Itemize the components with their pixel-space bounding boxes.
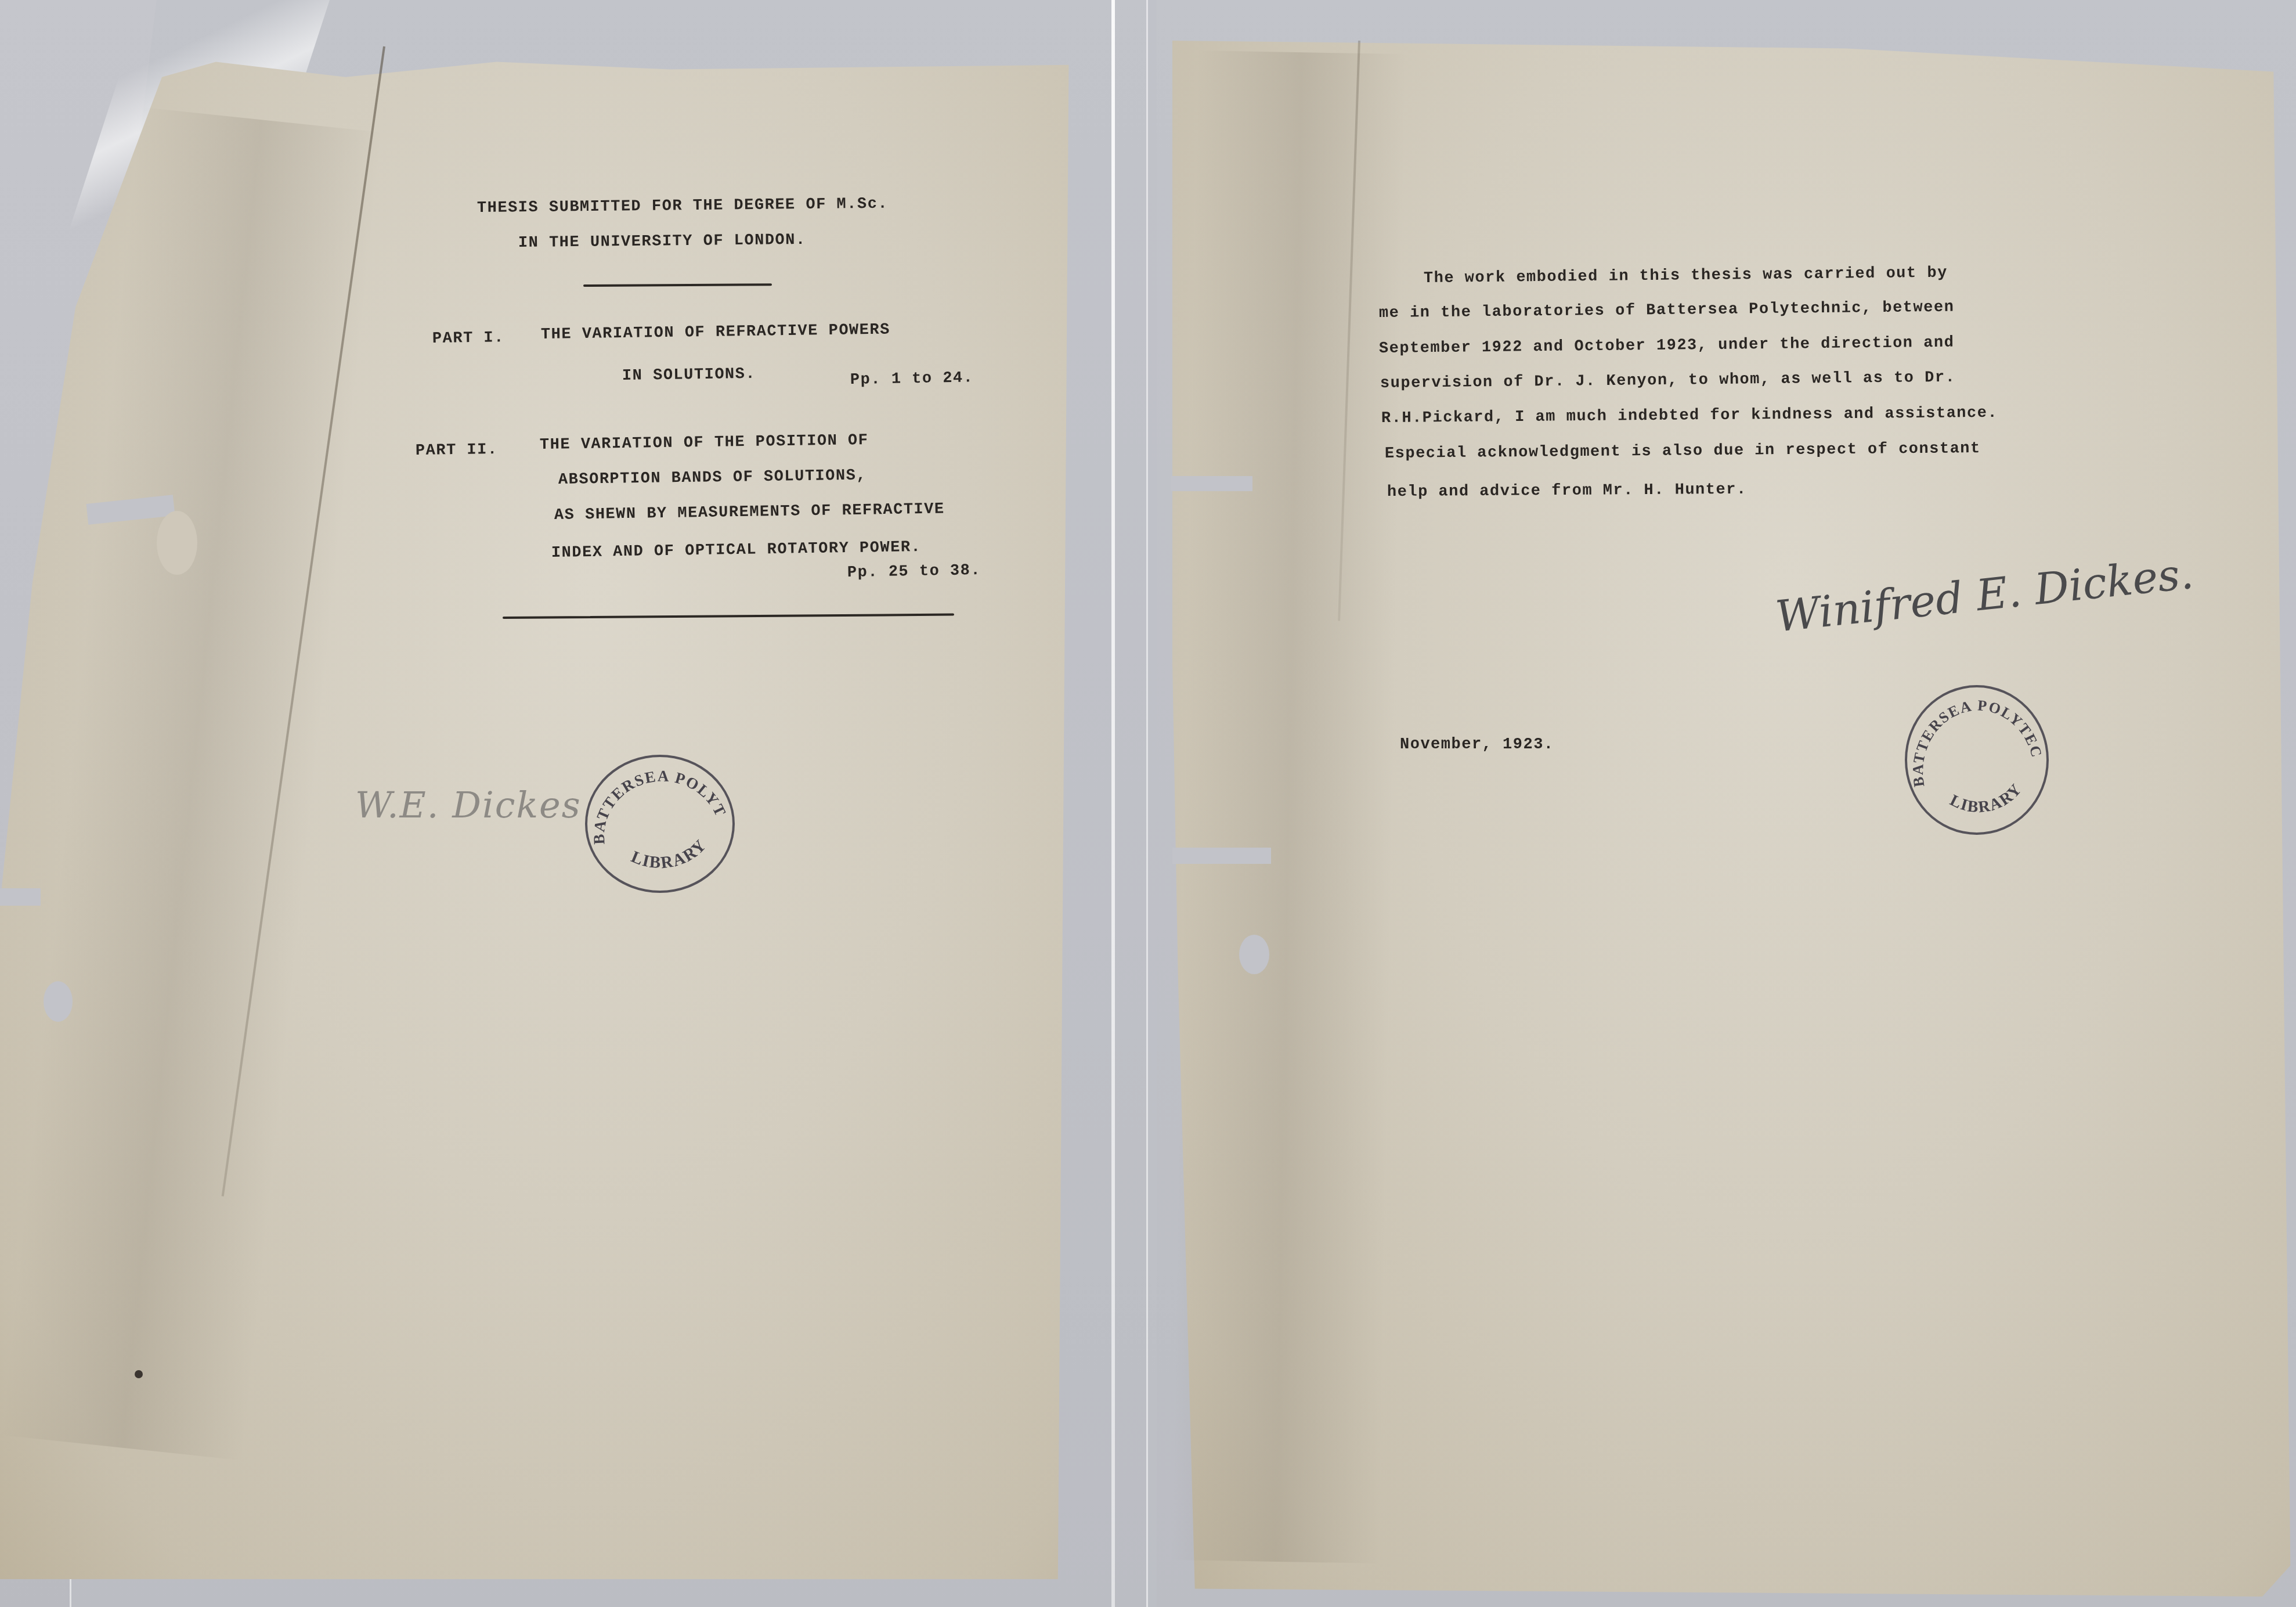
svg-text:BATTERSEA POLYTECHNIC: BATTERSEA POLYTECHNIC [580, 743, 730, 845]
right-page-punch-hole [1239, 935, 1269, 974]
part-1-label: PART I. [432, 329, 504, 348]
stamp-top-text: BATTERSEA POLYTECHNIC [1901, 674, 2045, 788]
stamp-ring-text: BATTERSEA POLYTECHNIC LIBRARY [587, 757, 732, 891]
left-page-tear-flap [157, 511, 197, 575]
part-2-label: PART II. [416, 441, 498, 460]
pencil-signature: W.E. Dickes [355, 784, 582, 826]
thesis-title-line-2: IN THE UNIVERSITY OF LONDON. [518, 232, 806, 252]
svg-text:LIBRARY: LIBRARY [1947, 780, 2026, 816]
part-1-page-range: Pp. 1 to 24. [850, 369, 974, 389]
stamp-top-text: BATTERSEA POLYTECHNIC [580, 743, 730, 845]
left-page-punch-hole [44, 981, 73, 1022]
stamp-ring-text: BATTERSEA POLYTECHNIC LIBRARY [1907, 687, 2046, 833]
right-page-tear [1171, 476, 1252, 491]
svg-text:BATTERSEA POLYTECHNIC: BATTERSEA POLYTECHNIC [1901, 674, 2045, 788]
part-2-page-range: Pp. 25 to 38. [847, 562, 981, 582]
right-page-tear-2 [1172, 848, 1271, 864]
library-stamp-left: BATTERSEA POLYTECHNIC LIBRARY [585, 755, 735, 893]
library-stamp-right: BATTERSEA POLYTECHNIC LIBRARY [1905, 685, 2049, 835]
stamp-bottom-text: LIBRARY [629, 835, 710, 872]
paper-speck [135, 1370, 143, 1378]
ack-line-7: help and advice from Mr. H. Hunter. [1387, 481, 1747, 501]
left-page-notch [0, 888, 41, 906]
part-1-title-line-2: IN SOLUTIONS. [622, 366, 756, 385]
sleeve-edge-glint [1111, 0, 1115, 1607]
date-line: November, 1923. [1400, 736, 1554, 754]
stamp-bottom-text: LIBRARY [1947, 780, 2026, 816]
right-page-crease [1171, 51, 1406, 1563]
svg-text:LIBRARY: LIBRARY [629, 835, 710, 872]
